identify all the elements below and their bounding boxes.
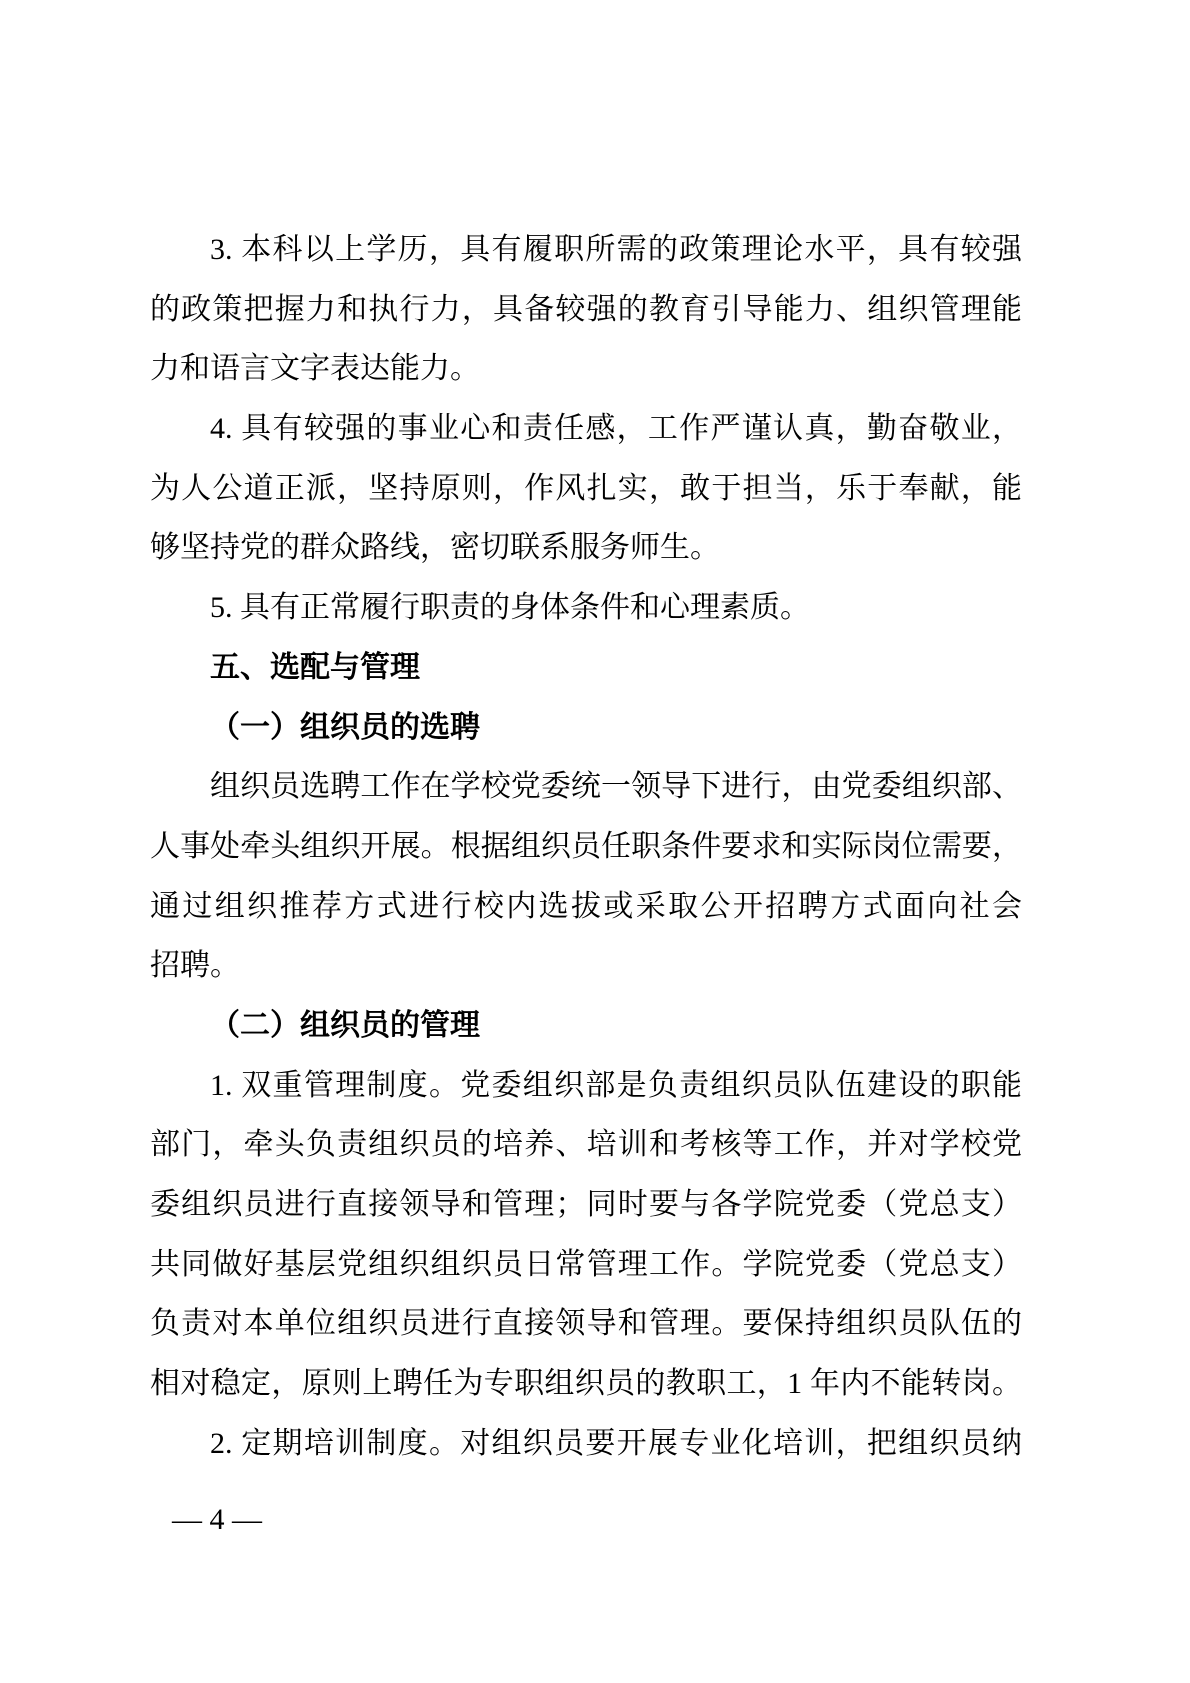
page-number: — 4 —	[172, 1492, 262, 1548]
body-text-line: 负责对本单位组织员进行直接领导和管理。要保持组织员队伍的	[150, 1294, 1022, 1354]
paragraph: 3. 本科以上学历，具有履职所需的政策理论水平，具有较强 的政策把握力和执行力，…	[150, 220, 1022, 399]
subsection-heading: （二）组织员的管理	[150, 996, 1022, 1056]
body-text-line: 3. 本科以上学历，具有履职所需的政策理论水平，具有较强	[150, 220, 1022, 280]
section: （一）组织员的选聘	[150, 698, 1022, 758]
paragraph: 组织员选聘工作在学校党委统一领导下进行，由党委组织部、 人事处牵头组织开展。根据…	[150, 757, 1022, 996]
body-text-line: 为人公道正派，坚持原则，作风扎实，敢于担当，乐于奉献，能	[150, 459, 1022, 519]
section: 五、选配与管理	[150, 638, 1022, 698]
body-text-line: 1. 双重管理制度。党委组织部是负责组织员队伍建设的职能	[150, 1056, 1022, 1116]
paragraph: 2. 定期培训制度。对组织员要开展专业化培训，把组织员纳	[150, 1414, 1022, 1474]
section: （二）组织员的管理	[150, 996, 1022, 1056]
body-text-line: 委组织员进行直接领导和管理；同时要与各学院党委（党总支）	[150, 1175, 1022, 1235]
body-text-line: 力和语言文字表达能力。	[150, 339, 1022, 399]
paragraph: 5. 具有正常履行职责的身体条件和心理素质。	[150, 578, 1022, 638]
document-body: 3. 本科以上学历，具有履职所需的政策理论水平，具有较强 的政策把握力和执行力，…	[150, 220, 1022, 1473]
paragraph: 1. 双重管理制度。党委组织部是负责组织员队伍建设的职能 部门，牵头负责组织员的…	[150, 1056, 1022, 1414]
section-heading: 五、选配与管理	[150, 638, 1022, 698]
body-text-line: 组织员选聘工作在学校党委统一领导下进行，由党委组织部、	[150, 757, 1022, 817]
body-text-line: 2. 定期培训制度。对组织员要开展专业化培训，把组织员纳	[150, 1414, 1022, 1474]
body-text-line: 够坚持党的群众路线，密切联系服务师生。	[150, 518, 1022, 578]
body-text-line: 人事处牵头组织开展。根据组织员任职条件要求和实际岗位需要，	[150, 817, 1022, 877]
body-text-line: 招聘。	[150, 936, 1022, 996]
subsection-heading: （一）组织员的选聘	[150, 698, 1022, 758]
document-page: 3. 本科以上学历，具有履职所需的政策理论水平，具有较强 的政策把握力和执行力，…	[0, 0, 1190, 1683]
body-text-line: 共同做好基层党组织组织员日常管理工作。学院党委（党总支）	[150, 1235, 1022, 1295]
paragraph: 4. 具有较强的事业心和责任感，工作严谨认真，勤奋敬业， 为人公道正派，坚持原则…	[150, 399, 1022, 578]
body-text-line: 部门，牵头负责组织员的培养、培训和考核等工作，并对学校党	[150, 1115, 1022, 1175]
body-text-line: 5. 具有正常履行职责的身体条件和心理素质。	[150, 578, 1022, 638]
body-text-line: 相对稳定，原则上聘任为专职组织员的教职工，1 年内不能转岗。	[150, 1354, 1022, 1414]
body-text-line: 通过组织推荐方式进行校内选拔或采取公开招聘方式面向社会	[150, 877, 1022, 937]
body-text-line: 4. 具有较强的事业心和责任感，工作严谨认真，勤奋敬业，	[150, 399, 1022, 459]
body-text-line: 的政策把握力和执行力，具备较强的教育引导能力、组织管理能	[150, 280, 1022, 340]
